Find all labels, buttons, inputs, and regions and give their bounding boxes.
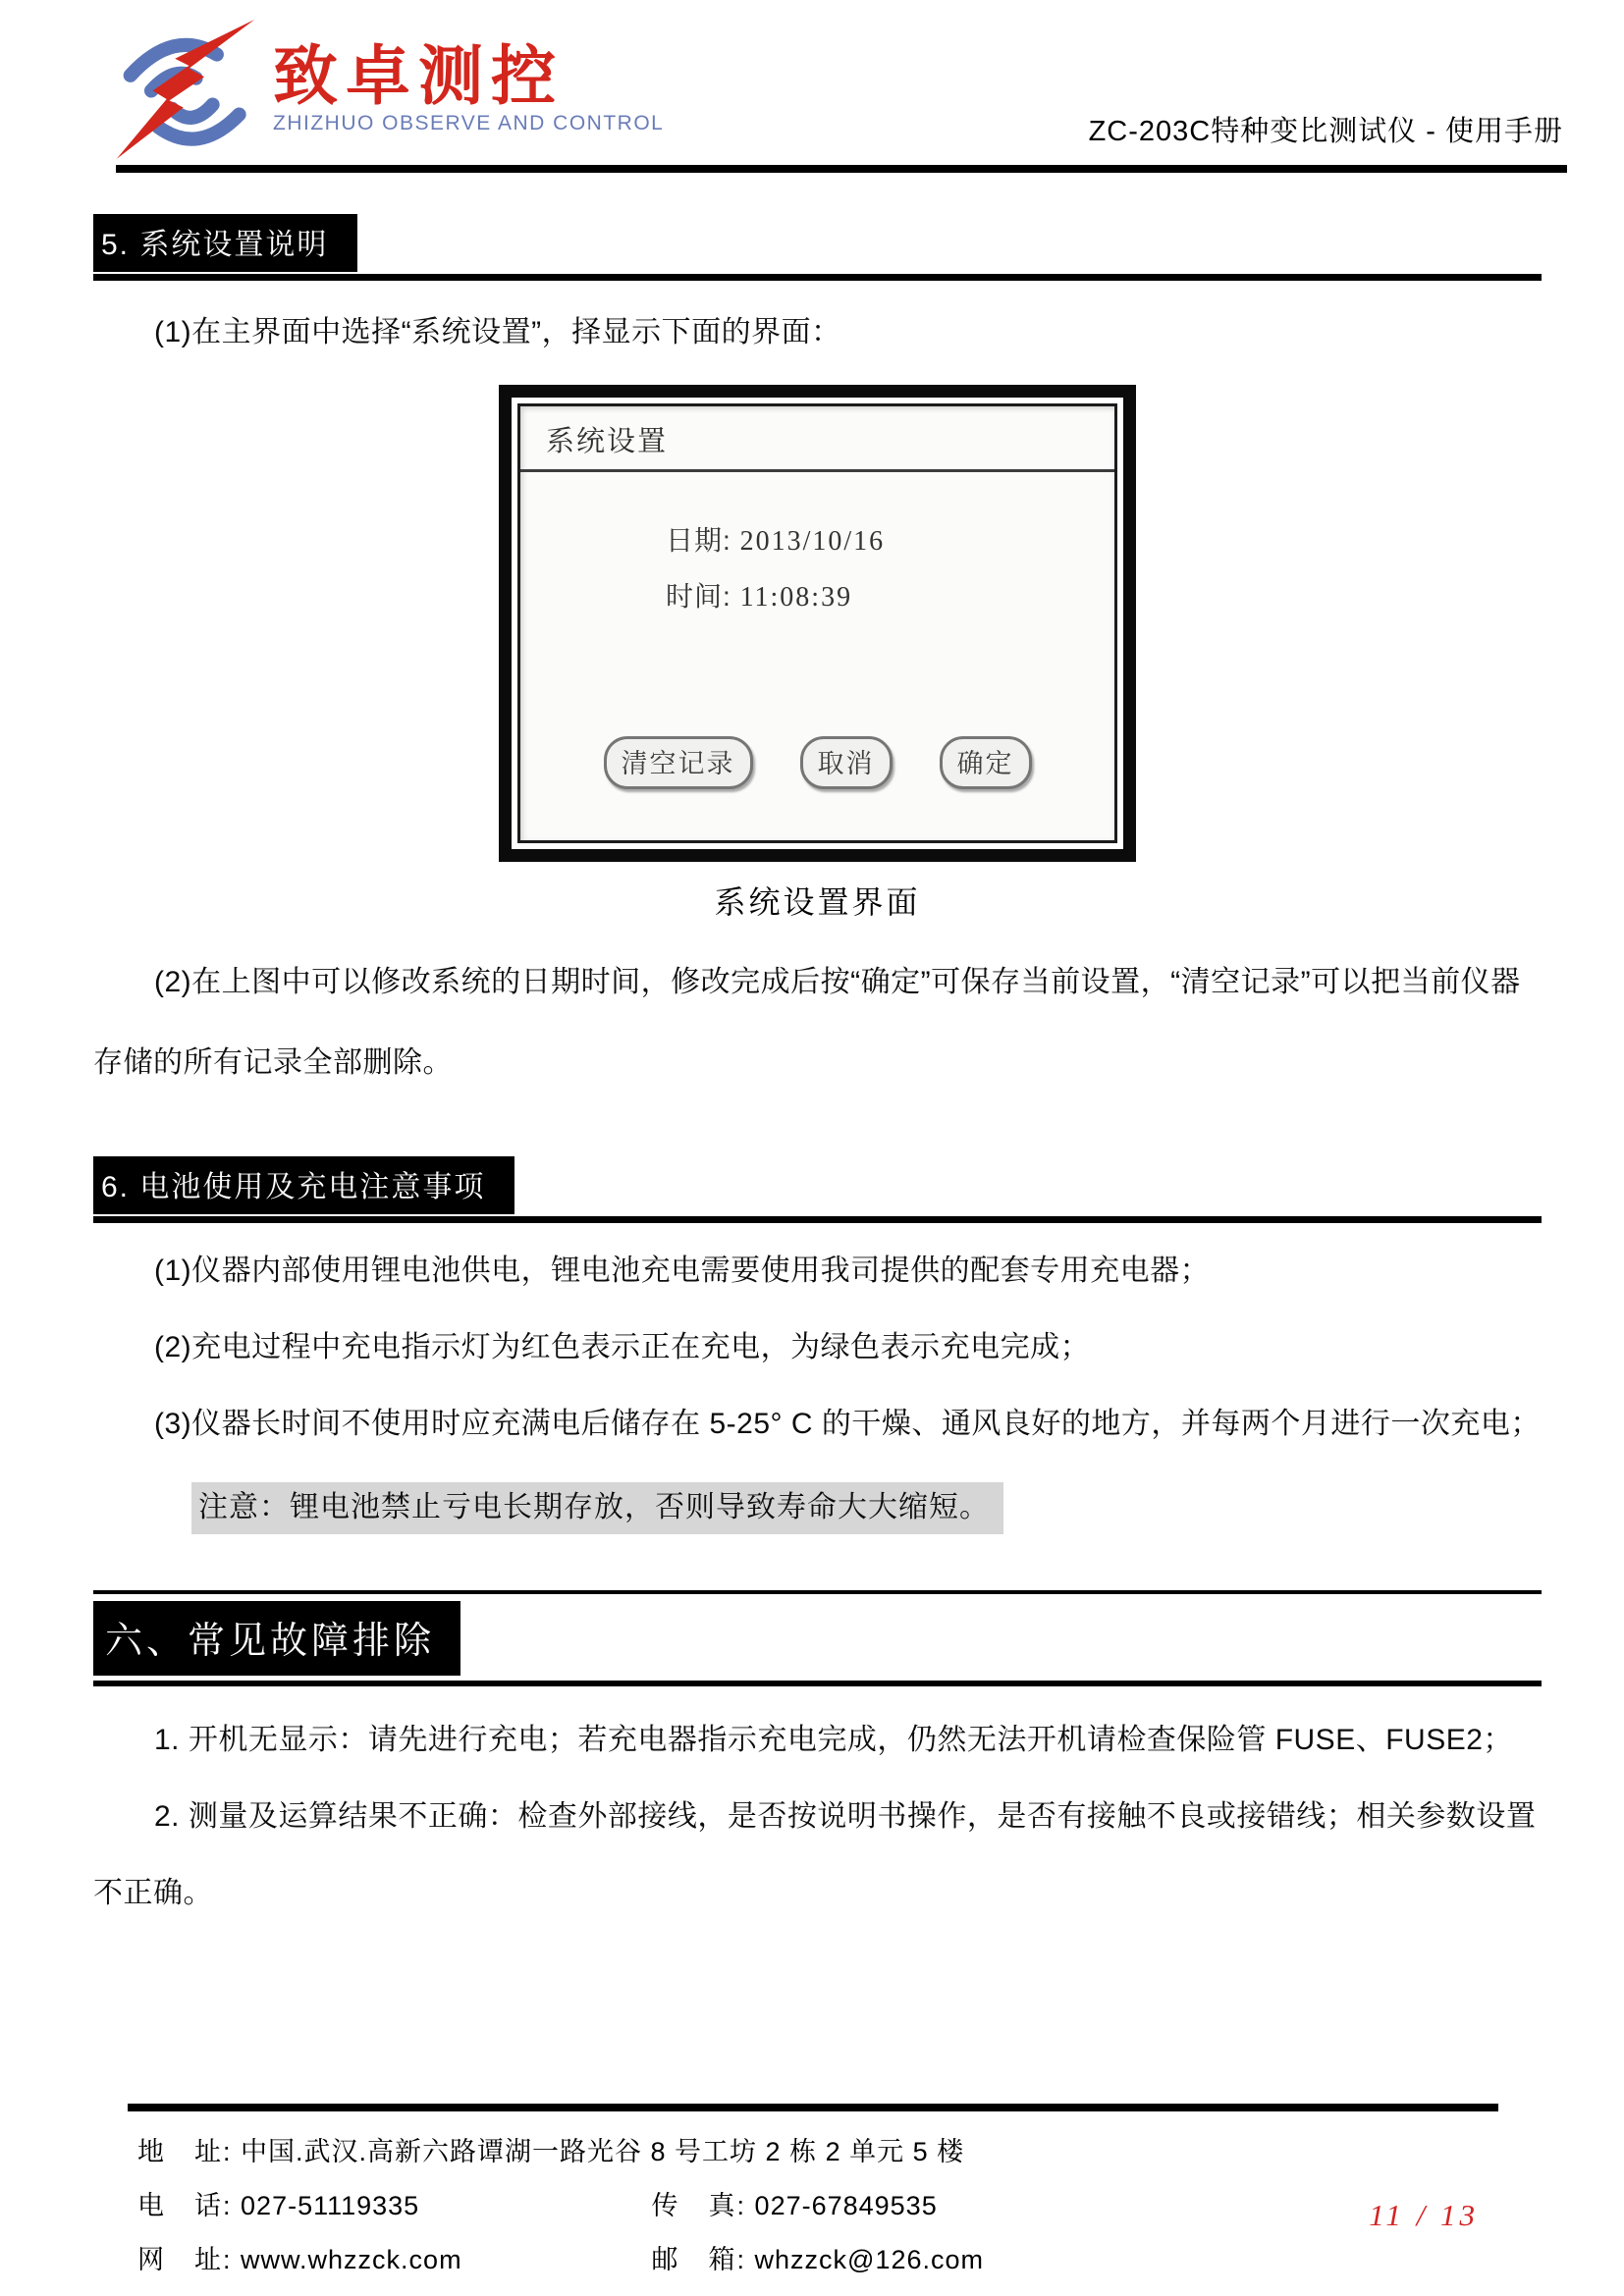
phone-pair: 电 话: 027-51119335 <box>137 2179 643 2233</box>
logo-text: 致卓测控 ZHIZHUO OBSERVE AND CONTROL <box>273 43 664 135</box>
time-row: 时间: 11:08:39 <box>666 569 1114 625</box>
page-footer: 地 址: 中国.武汉.高新六路谭湖一路光谷 8 号工坊 2 栋 2 单元 5 楼… <box>0 2104 1624 2287</box>
figure-caption: 系统设置界面 <box>499 878 1136 923</box>
section-system-settings: 5. 系统设置说明 (1)在主界面中选择“系统设置”，择显示下面的界面： 系统设… <box>93 214 1542 1103</box>
screen-button-row: 清空记录 取消 确定 <box>520 736 1114 789</box>
confirm-button[interactable]: 确定 <box>940 736 1032 789</box>
section-heading-system: 5. 系统设置说明 <box>93 214 357 272</box>
date-value: 2013/10/16 <box>740 526 886 557</box>
section-heading-battery: 6. 电池使用及充电注意事项 <box>93 1156 514 1214</box>
document-title: ZC-203C特种变比测试仪 - 使用手册 <box>1089 109 1563 159</box>
screen-title: 系统设置 <box>520 406 1114 472</box>
cancel-button[interactable]: 取消 <box>800 736 893 789</box>
time-label: 时间: <box>666 581 731 612</box>
fax-value: 027-67849535 <box>755 2191 938 2220</box>
brand-name: 致卓测控 <box>273 43 664 108</box>
screen-body: 日期: 2013/10/16 时间: 11:08:39 <box>520 513 1114 625</box>
troubleshooting-rule-bottom <box>93 1681 1542 1686</box>
para-modify-settings: (2)在上图中可以修改系统的日期时间，修改完成后按“确定”可保存当前设置，“清空… <box>93 942 1542 1103</box>
footer-address-row: 地 址: 中国.武汉.高新六路谭湖一路光谷 8 号工坊 2 栋 2 单元 5 楼 <box>137 2125 1624 2179</box>
date-label: 日期: <box>666 525 731 556</box>
battery-item: (2)充电过程中充电指示灯为红色表示正在充电，为绿色表示充电完成； <box>93 1309 1542 1386</box>
troubleshooting-items: 1. 开机无显示：请先进行充电；若充电器指示充电完成，仍然无法开机请检查保险管 … <box>93 1702 1542 1932</box>
para-select-settings: (1)在主界面中选择“系统设置”，择显示下面的界面： <box>93 294 1542 371</box>
date-row: 日期: 2013/10/16 <box>666 513 1114 569</box>
battery-item: (1)仪器内部使用锂电池供电，锂电池充电需要使用我司提供的配套专用充电器； <box>93 1233 1542 1309</box>
header-divider <box>116 165 1567 173</box>
email-label: 邮 箱: <box>652 2245 747 2274</box>
fax-label: 传 真: <box>652 2191 747 2220</box>
system-settings-figure: 系统设置 日期: 2013/10/16 时间: 11:08:39 <box>499 385 1136 923</box>
section-heading-rule <box>93 274 1542 281</box>
company-logo: 致卓测控 ZHIZHUO OBSERVE AND CONTROL <box>110 20 664 159</box>
section-heading-rule <box>93 1216 1542 1223</box>
web-label: 网 址: <box>137 2245 233 2274</box>
battery-note: 注意：锂电池禁止亏电长期存放，否则导致寿命大大缩短。 <box>191 1482 1542 1525</box>
brand-tagline: ZHIZHUO OBSERVE AND CONTROL <box>273 112 664 135</box>
address-label: 地 址: <box>137 2137 233 2166</box>
footer-web-row: 网 址: www.whzzck.com 邮 箱: whzzck@126.com <box>137 2233 1624 2287</box>
phone-label: 电 话: <box>137 2191 233 2220</box>
page-header: 致卓测控 ZHIZHUO OBSERVE AND CONTROL ZC-203C… <box>0 0 1624 165</box>
email-value[interactable]: whzzck@126.com <box>755 2245 984 2274</box>
battery-item: (3)仪器长时间不使用时应充满电后储存在 5-25° C 的干燥、通风良好的地方… <box>93 1386 1542 1463</box>
battery-note-highlight: 注意：锂电池禁止亏电长期存放，否则导致寿命大大缩短。 <box>191 1482 1003 1534</box>
phone-value: 027-51119335 <box>241 2191 419 2220</box>
lightning-signal-icon <box>110 20 265 159</box>
footer-divider <box>128 2104 1498 2111</box>
battery-items: (1)仪器内部使用锂电池供电，锂电池充电需要使用我司提供的配套专用充电器； (2… <box>93 1233 1542 1463</box>
troubleshooting-item: 2. 测量及运算结果不正确：检查外部接线，是否按说明书操作，是否有接触不良或接错… <box>93 1779 1542 1932</box>
troubleshooting-item: 1. 开机无显示：请先进行充电；若充电器指示充电完成，仍然无法开机请检查保险管 … <box>93 1702 1542 1779</box>
web-value[interactable]: www.whzzck.com <box>241 2245 462 2274</box>
page-content: 5. 系统设置说明 (1)在主界面中选择“系统设置”，择显示下面的界面： 系统设… <box>93 214 1542 1932</box>
section-heading-troubleshooting: 六、常见故障排除 <box>93 1601 460 1676</box>
device-screen: 系统设置 日期: 2013/10/16 时间: 11:08:39 <box>517 403 1117 843</box>
device-screen-frame: 系统设置 日期: 2013/10/16 时间: 11:08:39 <box>499 385 1136 862</box>
address-value: 中国.武汉.高新六路谭湖一路光谷 8 号工坊 2 栋 2 单元 5 楼 <box>241 2137 964 2166</box>
section-battery: 6. 电池使用及充电注意事项 (1)仪器内部使用锂电池供电，锂电池充电需要使用我… <box>93 1156 1542 1525</box>
troubleshooting-rule-top <box>93 1590 1542 1594</box>
section-troubleshooting: 六、常见故障排除 1. 开机无显示：请先进行充电；若充电器指示充电完成，仍然无法… <box>93 1590 1542 1932</box>
manual-page: 致卓测控 ZHIZHUO OBSERVE AND CONTROL ZC-203C… <box>0 0 1624 2296</box>
time-value: 11:08:39 <box>740 582 853 613</box>
page-number: 11 / 13 <box>1369 2198 1479 2233</box>
web-pair: 网 址: www.whzzck.com <box>137 2233 643 2287</box>
clear-records-button[interactable]: 清空记录 <box>604 736 753 789</box>
